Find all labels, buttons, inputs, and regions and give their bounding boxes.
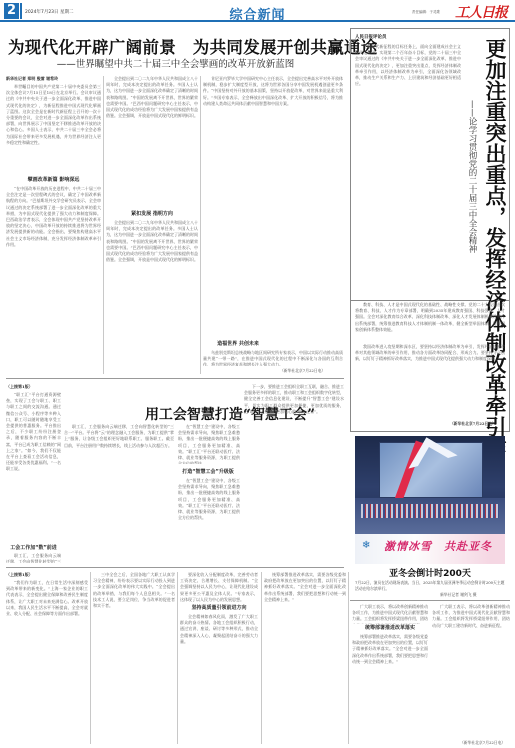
lower-byline: （上接第1版） [6,572,66,578]
lower-section-head-right: 统筹部署推进改革落实 [352,624,428,631]
section-head-2: 紧扣发展 指明方向 [106,210,198,217]
lower-column-5: 广大职工表示，将以改革创新精神推动各项工作，为推进中国式现代化贡献智慧和力量。工… [352,604,428,624]
photo-caption: 7月22日，演员在活动现场表演。当日，2025年第九届亚洲冬季运动会倒计时200… [355,580,505,591]
lead-subhead: ——世界瞩望中共二十届三中全会擘画的改革开放新蓝图 [8,56,343,70]
lead-column-1: “在中国改革开放的历史进程中，中共二十届三中全会注定是一次里程碑式的会议，确定了… [6,186,101,374]
section-divider [6,567,344,568]
lower-credit: （新华社北京7月22日电） [460,740,505,746]
lower-column-6: 广大职工表示，将以改革创新精神推动各项工作，为推进中国式现代化贡献智慧和力量。工… [432,604,510,738]
photo-caption-title: 亚冬会倒计时200天 [355,566,505,579]
responsible-editor: 责任编辑：于灵歌 [412,10,440,15]
lower-column-3: 要深化收入分配制度改革，完善劳动者工资决定、合理增长、支付保障机制。“全会强调坚… [180,572,258,602]
column-rule [103,76,104,374]
union-section-head-2: 打造“智慧工会”升级版 [178,468,238,475]
lead-column-3: 肯尼亚内罗毕大学中国研究中心主任表示，全会提出完善高水平对外开放体制机制，稳步扩… [203,76,343,338]
section-divider [6,378,344,379]
lead-credit: （新华社北京7月22日电） [280,368,325,374]
lead-byline: 新华社记者 郑明 殷雷 谢希玲 [6,76,101,82]
section-divider [350,600,510,601]
union-section-head-1: 工会工作加“数”前进 [6,544,61,551]
lower-column-3b: 全会精神如春风化雨，激发了广大职工群众的奋斗热情。各地工会组织积极行动，通过宣讲… [180,614,258,744]
union-column-1: “职工汇”平台打通资源壁垒，实现了工会与职工、职工与职工之间的交流沟通。通过微信… [6,392,61,542]
section-head-3: 造福世界 共创未来 [203,340,273,347]
lower-column-5b: 统筹部署推进改革落实，需要各级党委和政府把改革放在更加突出的位置，以钉钉子精神抓… [352,634,428,744]
column-rule [177,572,178,744]
commentary-tag: 人民日报评论员 [355,34,387,40]
photo-banner-text: 激情冰雪 共赴亚冬 [384,538,492,554]
union-column-1b: 职工汇，工会服务向云端迁移，工会向智慧化转型的“三合一”平台。平台将“云”的理念… [6,553,61,563]
union-column-3b: 在“智慧工会”建设中，各级工会坚持需求导向，聚焦职工急难愁盼，推出一批便捷高效的… [178,478,240,564]
lead-column-4: 乌兹别克斯坦总统战略与地区间研究所专家表示，中国以实际行动推动高质量共建“一带一… [203,350,343,366]
commentary-credit: （新华社北京7月22日电） [450,421,496,427]
commentary-body-1: 在新时代新征程的目标任务上，面向全面建成社会主义现代化强国、实现第二个百年奋斗目… [355,44,461,300]
section-head-1: 擘画改革新篇 影响深远 [6,176,101,183]
asian-winter-games-logo-icon: ❄ [362,540,376,554]
lead-column-2: 全会提出到二〇二九年中华人民共和国成立八十周年时，完成本决定提出的改革任务。多国… [106,76,198,208]
lead-headline: 为现代化开辟广阔前景 为共同发展开创共赢通途 [8,34,343,58]
photo-performers [361,504,499,518]
commentary-body-2: 教育、科技、人才是中国式现代化的基础性、战略性支撑。党的二十大报告首次将教育、科… [355,302,505,342]
lead-paragraph: 举世瞩目的中国共产党第二十届中央委员会第三次全体会议7月15日至18日在北京举行… [6,84,101,174]
union-column-4: 下一步，要推进工会组织全职工互联，融合、推进工会服务更多样的职工，推动职工和工会… [244,384,344,564]
lower-column-1: “我们作为职工，在日常生活中深刻感受到改革带来的新变化。”上海一家企业的职工代表… [6,580,88,744]
masthead: 2 2024年7月23日 星期二 综合新闻 责任编辑：于灵歌 工人日报 [0,0,515,22]
lower-section-head-middle: 坚持高质量引领前进方向 [180,604,258,611]
column-rule [261,572,262,744]
newspaper-logo: 工人日报 [455,2,507,22]
photo-credit: 新华社记者 谢剑飞 摄 [440,592,477,598]
commentary-vertical-subtitle: ——论学习贯彻党的二十届三中全会精神 [465,100,477,320]
commentary-body-3: 我国改革进入攻坚期和深水区，要坚持以经济体制改革为牵引，发挥经济体制改革对其他领… [355,344,505,394]
union-byline: （上接第1版） [6,384,66,390]
union-column-2: 职工汇，工会服务向云端迁移，工会向智慧化转型的“三合一”平台。平台将“云”的理念… [64,424,174,564]
lead-column-2b: 全会提出到二〇二九年中华人民共和国成立八十周年时，完成本决定提出的改革任务。多国… [106,220,198,374]
union-column-3: 在“智慧工会”建设中，各级工会坚持需求导向，聚焦职工急难愁盼，推出一批便捷高效的… [178,424,240,464]
column-rule [200,76,201,374]
column-rule [90,572,91,744]
lower-column-2: 三中全会之后，全国各地广大职工认真学习全会精神，纷纷表示要以实际行动投入到进一步… [93,572,175,744]
lower-column-4: 统筹部署推进改革落实，需要各级党委和政府把改革放在更加突出的位置，以钉钉子精神抓… [264,572,346,744]
column-rule [348,572,349,744]
